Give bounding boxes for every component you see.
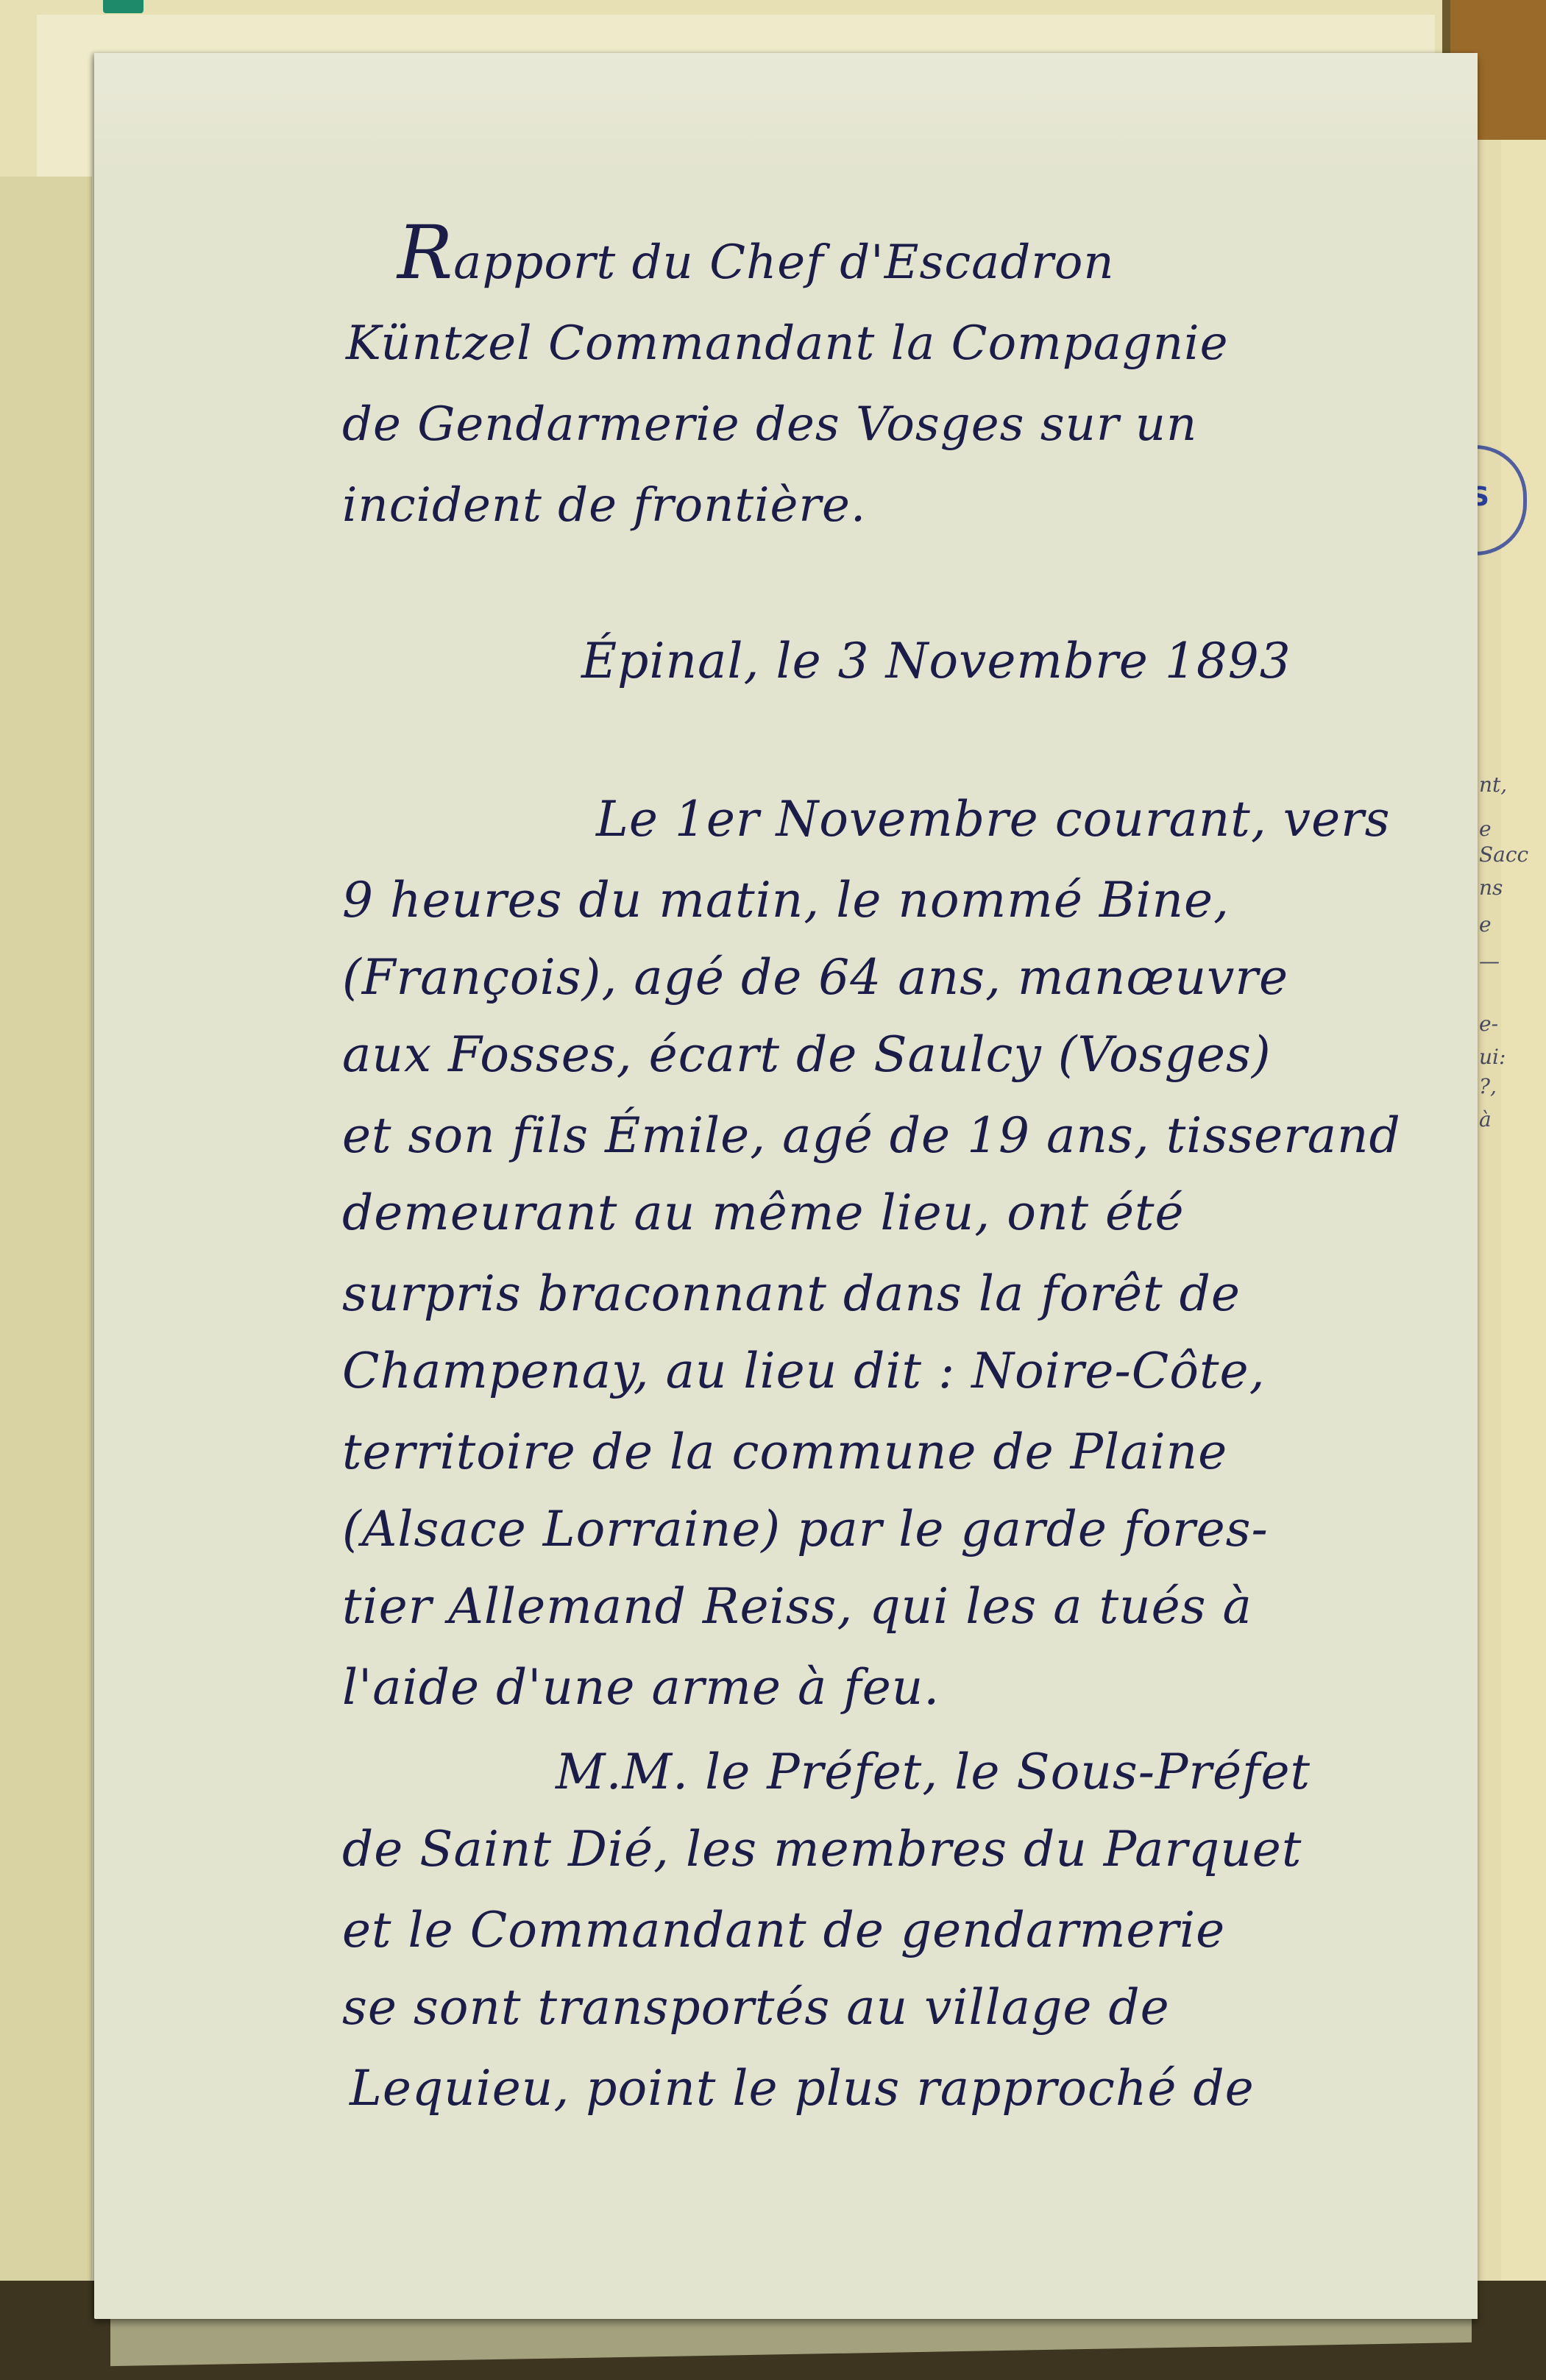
margin-mark: à — [1479, 1107, 1492, 1132]
title-word-rapport: R — [397, 210, 453, 296]
report-title-line-4: incident de frontière. — [342, 478, 866, 533]
body-line: tier Allemand Reiss, qui les a tués à — [342, 1578, 1252, 1635]
margin-mark: e — [1479, 912, 1492, 937]
margin-mark: ?, — [1479, 1074, 1497, 1098]
report-date: Épinal, le 3 Novembre 1893 — [581, 633, 1291, 689]
body-line: Le 1er Novembre courant, vers — [596, 791, 1391, 848]
body-line: Champenay, au lieu dit : Noire-Côte, — [342, 1343, 1266, 1399]
folder-edge-left — [0, 177, 92, 2310]
body-line: Lequieu, point le plus rapproché de — [350, 2060, 1255, 2117]
body-line: l'aide d'une arme à feu. — [342, 1659, 940, 1716]
report-title-line-1: RRapport du Chef d'Escadronapport du Che… — [397, 210, 1115, 296]
report-title-line-2: Küntzel Commandant la Compagnie — [346, 316, 1228, 371]
margin-mark: — — [1479, 949, 1500, 973]
margin-mark: Sacc — [1479, 842, 1528, 867]
body-line: se sont transportés au village de — [342, 1979, 1170, 2036]
body-line: territoire de la commune de Plaine — [342, 1424, 1227, 1480]
body-line: (François), agé de 64 ans, manœuvre — [342, 949, 1288, 1006]
margin-mark: e — [1479, 817, 1492, 841]
folder-tab — [103, 0, 143, 13]
margin-mark: ns — [1479, 875, 1503, 900]
body-line: de Saint Dié, les membres du Parquet — [342, 1821, 1302, 1878]
margin-mark: ui: — [1479, 1045, 1506, 1069]
body-line: demeurant au même lieu, ont été — [342, 1184, 1185, 1241]
margin-mark: e- — [1479, 1012, 1498, 1036]
body-line: surpris braconnant dans la forêt de — [342, 1265, 1241, 1322]
body-line: aux Fosses, écart de Saulcy (Vosges) — [342, 1026, 1272, 1083]
report-title-line-3: de Gendarmerie des Vosges sur un — [342, 397, 1197, 452]
body-line: 9 heures du matin, le nommé Bine, — [342, 872, 1230, 928]
body-line: et son fils Émile, agé de 19 ans, tisser… — [342, 1107, 1401, 1164]
body-line: (Alsace Lorraine) par le garde fores- — [342, 1501, 1269, 1557]
margin-mark: nt, — [1479, 772, 1507, 797]
body-line: et le Commandant de gendarmerie — [342, 1902, 1225, 1958]
body-line: M.M. le Préfet, le Sous-Préfet — [556, 1744, 1311, 1800]
